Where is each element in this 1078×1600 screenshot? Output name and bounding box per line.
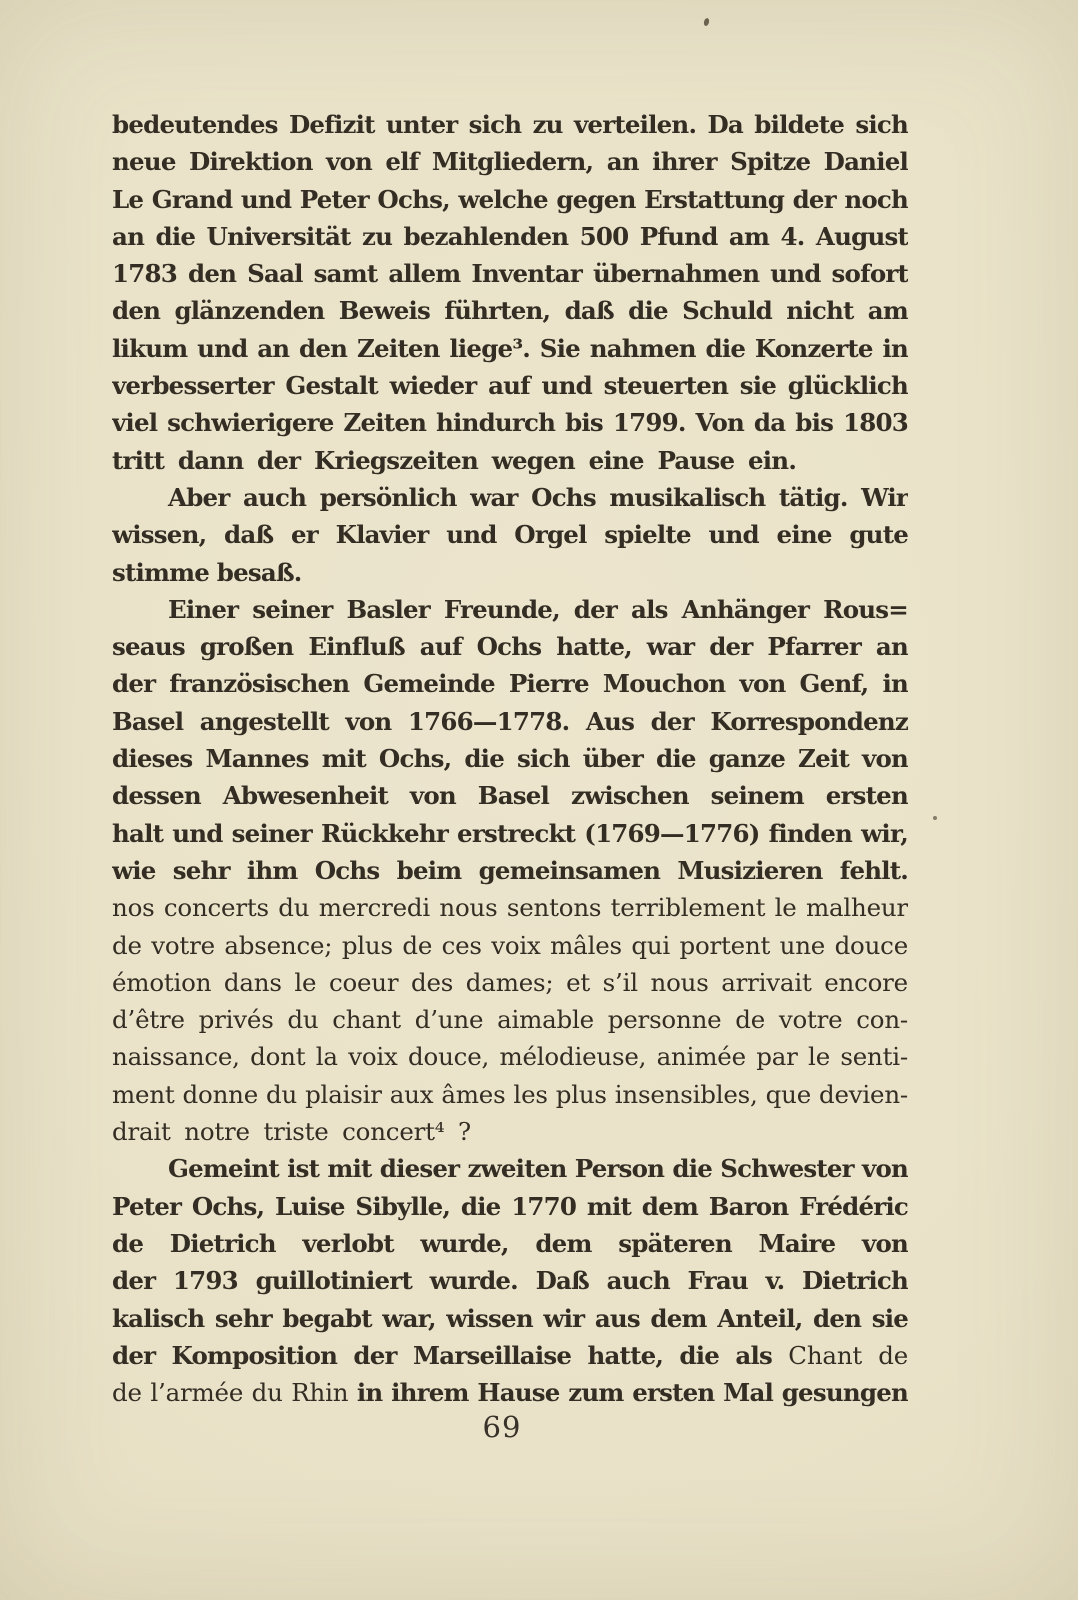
text-line: stimme besaß. [112,554,908,591]
text-line: wie sehr ihm Ochs beim gemeinsamen Musiz… [112,852,908,889]
text-line: Peter Ochs, Luise Sibylle, die 1770 mit … [112,1188,908,1225]
fraktur-text-segment: Aber auch persönlich war Ochs musikalisc… [168,483,908,512]
roman-text-segment: de l’armée du Rhin [112,1378,357,1407]
fraktur-text-segment: dessen Abwesenheit von Basel zwischen se… [112,781,908,814]
fraktur-text-segment: kalisch sehr begabt war, wissen wir aus … [112,1304,908,1337]
fraktur-text-segment: seaus großen Einfluß auf Ochs hatte, war… [112,632,908,661]
paper-speck [703,18,710,27]
text-line: Einer seiner Basler Freunde, der als Anh… [112,591,908,628]
text-line: viel schwierigere Zeiten hindurch bis 17… [112,404,908,441]
text-line: wissen, daß er Klavier und Orgel spielte… [112,516,908,553]
fraktur-text-segment: der 1793 guillotiniert wurde. Daß auch F… [112,1266,908,1299]
text-line: drait notre triste concert⁴ ? [112,1113,908,1150]
text-line: nos concerts du mercredi nous sentons te… [112,889,908,926]
fraktur-text-segment: halt und seiner Rückkehr erstreckt (1769… [112,819,908,848]
text-line: der Komposition der Marseillaise hatte, … [112,1337,908,1374]
text-line: bedeutendes Defizit unter sich zu vertei… [112,106,908,143]
fraktur-text-segment: den glänzenden Beweis führten, daß die S… [112,296,908,329]
text-line: de votre absence; plus de ces voix mâles… [112,927,908,964]
fraktur-text-segment: bedeutendes Defizit unter sich zu vertei… [112,110,908,143]
fraktur-text-segment: Gemeint ist mit dieser zweiten Person di… [168,1154,908,1183]
text-line: tritt dann der Kriegszeiten wegen eine P… [112,442,908,479]
text-line: likum und an den Zeiten liege³. Sie nahm… [112,330,908,367]
text-line: Aber auch persönlich war Ochs musikalisc… [112,479,908,516]
text-line: Gemeint ist mit dieser zweiten Person di… [112,1150,908,1187]
fraktur-text-segment: 1783 den Saal samt allem Inventar überna… [112,259,908,288]
page-text-block: bedeutendes Defizit unter sich zu vertei… [112,106,908,1411]
text-line: 1783 den Saal samt allem Inventar überna… [112,255,908,292]
text-line: Le Grand und Peter Ochs, welche gegen Er… [112,181,908,218]
text-line: naissance, dont la voix douce, mélodieus… [112,1038,908,1075]
roman-text-segment: ment donne du plaisir aux âmes les plus … [112,1080,908,1109]
text-line: neue Direktion von elf Mitgliedern, an i… [112,143,908,180]
fraktur-text-segment: viel schwierigere Zeiten hindurch bis 17… [112,408,908,437]
text-line: d’être privés du chant d’une aimable per… [112,1001,908,1038]
fraktur-text-segment: an die Universität zu bezahlenden 500 Pf… [112,222,908,251]
fraktur-text-segment: wie sehr ihm Ochs beim gemeinsamen Musiz… [112,856,908,885]
fraktur-text-segment: der Komposition der Marseillaise hatte, … [112,1341,788,1370]
text-line: der französischen Gemeinde Pierre Moucho… [112,665,908,702]
roman-text-segment: drait notre triste concert⁴ ? [112,1117,471,1146]
fraktur-text-segment: stimme besaß. [112,558,302,587]
roman-text-segment: de votre absence; plus de ces voix mâles… [112,931,908,960]
page-number: 69 [112,1410,892,1444]
text-line: der 1793 guillotiniert wurde. Daß auch F… [112,1262,908,1299]
fraktur-text-segment: tritt dann der Kriegszeiten wegen eine P… [112,446,796,475]
text-line: ment donne du plaisir aux âmes les plus … [112,1076,908,1113]
text-line: de Dietrich verlobt wurde, dem späteren … [112,1225,908,1262]
book-page: bedeutendes Defizit unter sich zu vertei… [0,0,1078,1600]
roman-text-segment: naissance, dont la voix douce, mélodieus… [112,1042,908,1071]
fraktur-text-segment: wissen, daß er Klavier und Orgel spielte… [112,520,908,553]
fraktur-text-segment: Einer seiner Basler Freunde, der als Anh… [168,595,908,624]
text-line: de l’armée du Rhin in ihrem Hause zum er… [112,1374,908,1411]
text-line: Basel angestellt von 1766—1778. Aus der … [112,703,908,740]
fraktur-text-segment: Peter Ochs, Luise Sibylle, die 1770 mit … [112,1192,908,1221]
text-line: seaus großen Einfluß auf Ochs hatte, war… [112,628,908,665]
paper-speck [933,816,937,820]
text-line: an die Universität zu bezahlenden 500 Pf… [112,218,908,255]
fraktur-text-segment: likum und an den Zeiten liege³. Sie nahm… [112,334,908,363]
text-line: dessen Abwesenheit von Basel zwischen se… [112,777,908,814]
text-line: kalisch sehr begabt war, wissen wir aus … [112,1300,908,1337]
text-line: émotion dans le coeur des dames; et s’il… [112,964,908,1001]
roman-text-segment: nos concerts du mercredi nous sentons te… [112,893,908,922]
roman-text-segment: d’être privés du chant d’une aimable per… [112,1005,908,1034]
roman-text-segment: émotion dans le coeur des dames; et s’il… [112,968,908,997]
fraktur-text-segment: Basel angestellt von 1766—1778. Aus der … [112,707,908,736]
fraktur-text-segment: Le Grand und Peter Ochs, welche gegen Er… [112,185,908,214]
fraktur-text-segment: neue Direktion von elf Mitgliedern, an i… [112,147,908,176]
text-line: halt und seiner Rückkehr erstreckt (1769… [112,815,908,852]
text-line: verbesserter Gestalt wieder auf und steu… [112,367,908,404]
text-line: dieses Mannes mit Ochs, die sich über di… [112,740,908,777]
fraktur-text-segment: der französischen Gemeinde Pierre Moucho… [112,669,908,698]
fraktur-text-segment: dieses Mannes mit Ochs, die sich über di… [112,744,908,773]
fraktur-text-segment: verbesserter Gestalt wieder auf und steu… [112,371,908,404]
fraktur-text-segment: in ihrem Hause zum ersten Mal gesungen [357,1378,908,1407]
text-line: den glänzenden Beweis führten, daß die S… [112,292,908,329]
fraktur-text-segment: de Dietrich verlobt wurde, dem späteren … [112,1229,908,1262]
